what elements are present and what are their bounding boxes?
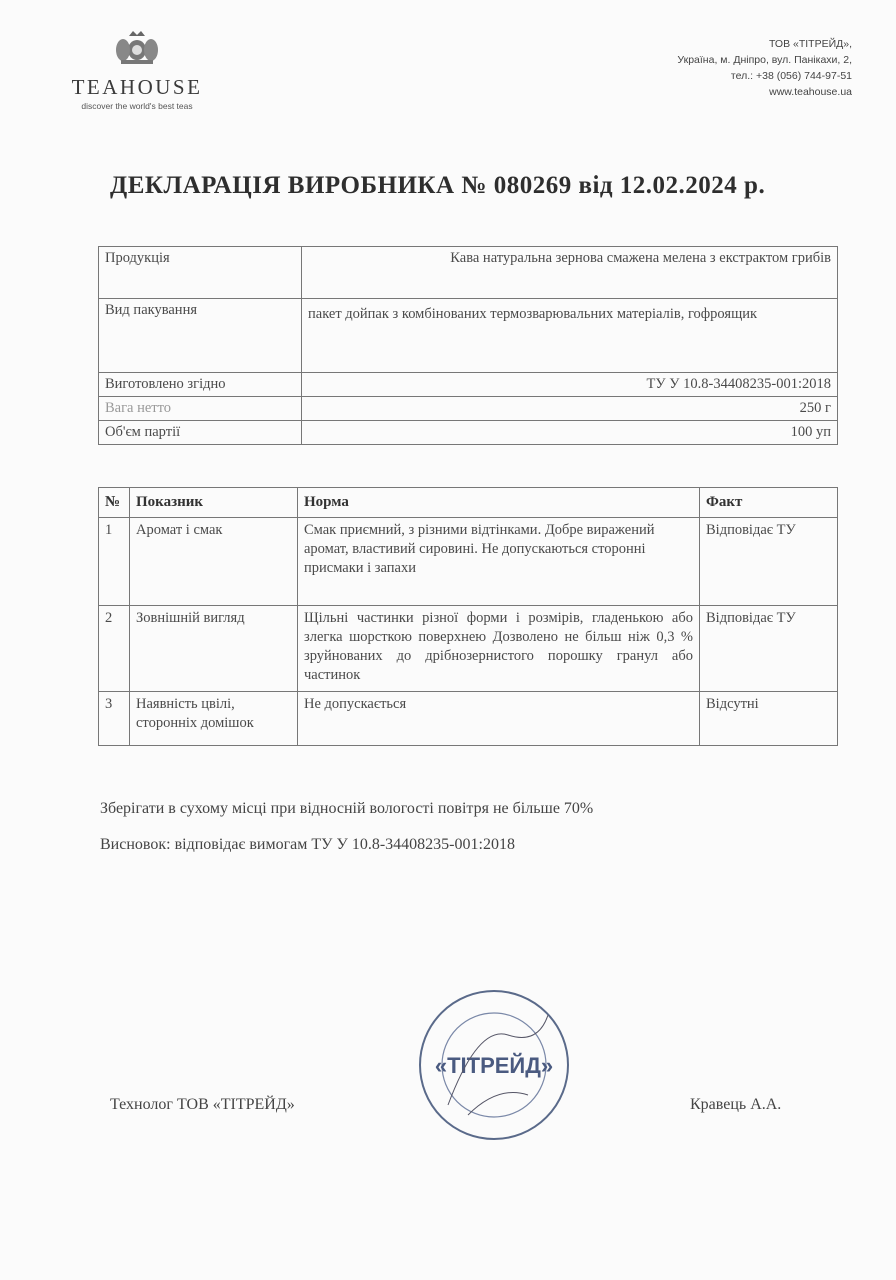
row-value: Кава натуральна зернова смажена мелена з… bbox=[302, 247, 838, 299]
cell-indicator: Аромат і смак bbox=[130, 518, 298, 606]
row-value: 250 г bbox=[302, 397, 838, 421]
row-label: Виготовлено згідно bbox=[99, 373, 302, 397]
header-fact: Факт bbox=[700, 488, 838, 518]
table-row: Вага нетто 250 г bbox=[99, 397, 838, 421]
storage-note: Зберігати в сухому місці при відносній в… bbox=[100, 800, 593, 818]
row-value: ТУ У 10.8-34408235-001:2018 bbox=[302, 373, 838, 397]
header-num: № bbox=[99, 488, 130, 518]
page-title: ДЕКЛАРАЦІЯ ВИРОБНИКА № 080269 від 12.02.… bbox=[110, 172, 765, 200]
stamp-icon: «ТІТРЕЙД» bbox=[408, 985, 580, 1145]
row-value: 100 уп bbox=[302, 421, 838, 445]
cell-norm: Смак приємний, з різними відтінками. Доб… bbox=[298, 518, 700, 606]
table-row: Вид пакування пакет дойпак з комбіновани… bbox=[99, 299, 838, 373]
cell-norm: Щільні частинки різної форми і розмірів,… bbox=[298, 606, 700, 692]
header-norm: Норма bbox=[298, 488, 700, 518]
cell-num: 3 bbox=[99, 692, 130, 746]
crest-icon bbox=[113, 28, 161, 68]
company-info: ТОВ «ТІТРЕЙД», Україна, м. Дніпро, вул. … bbox=[677, 36, 852, 100]
table-row: 2 Зовнішній вигляд Щільні частинки різно… bbox=[99, 606, 838, 692]
company-address: Україна, м. Дніпро, вул. Панікахи, 2, bbox=[677, 52, 852, 68]
stamp-text: «ТІТРЕЙД» bbox=[435, 1053, 553, 1078]
signer-position: Технолог ТОВ «ТІТРЕЙД» bbox=[110, 1096, 295, 1114]
header-indicator: Показник bbox=[130, 488, 298, 518]
brand-tagline: discover the world's best teas bbox=[62, 101, 212, 111]
cell-num: 2 bbox=[99, 606, 130, 692]
cell-num: 1 bbox=[99, 518, 130, 606]
table-row: 3 Наявність цвілі, сторонніх домішок Не … bbox=[99, 692, 838, 746]
table-row: Продукція Кава натуральна зернова смажен… bbox=[99, 247, 838, 299]
cell-indicator: Наявність цвілі, сторонніх домішок bbox=[130, 692, 298, 746]
table-row: Об'єм партії 100 уп bbox=[99, 421, 838, 445]
cell-fact: Відсутні bbox=[700, 692, 838, 746]
brand-name: TEAHOUSE bbox=[62, 75, 212, 100]
cell-fact: Відповідає ТУ bbox=[700, 606, 838, 692]
row-label: Вага нетто bbox=[99, 397, 302, 421]
company-phone: тел.: +38 (056) 744-97-51 bbox=[677, 68, 852, 84]
cell-indicator: Зовнішній вигляд bbox=[130, 606, 298, 692]
table-row: 1 Аромат і смак Смак приємний, з різними… bbox=[99, 518, 838, 606]
row-label: Продукція bbox=[99, 247, 302, 299]
signer-name: Кравець А.А. bbox=[690, 1096, 781, 1114]
teahouse-logo: TEAHOUSE discover the world's best teas bbox=[62, 28, 212, 111]
conclusion-note: Висновок: відповідає вимогам ТУ У 10.8-3… bbox=[100, 836, 515, 854]
row-value: пакет дойпак з комбінованих термозварюва… bbox=[302, 299, 838, 373]
indicators-table: № Показник Норма Факт 1 Аромат і смак См… bbox=[98, 487, 838, 746]
cell-norm: Не допускається bbox=[298, 692, 700, 746]
cell-fact: Відповідає ТУ bbox=[700, 518, 838, 606]
table-header-row: № Показник Норма Факт bbox=[99, 488, 838, 518]
row-label: Об'єм партії bbox=[99, 421, 302, 445]
product-table: Продукція Кава натуральна зернова смажен… bbox=[98, 246, 838, 445]
company-name: ТОВ «ТІТРЕЙД», bbox=[677, 36, 852, 52]
table-row: Виготовлено згідно ТУ У 10.8-34408235-00… bbox=[99, 373, 838, 397]
row-label: Вид пакування bbox=[99, 299, 302, 373]
company-website[interactable]: www.teahouse.ua bbox=[677, 84, 852, 100]
